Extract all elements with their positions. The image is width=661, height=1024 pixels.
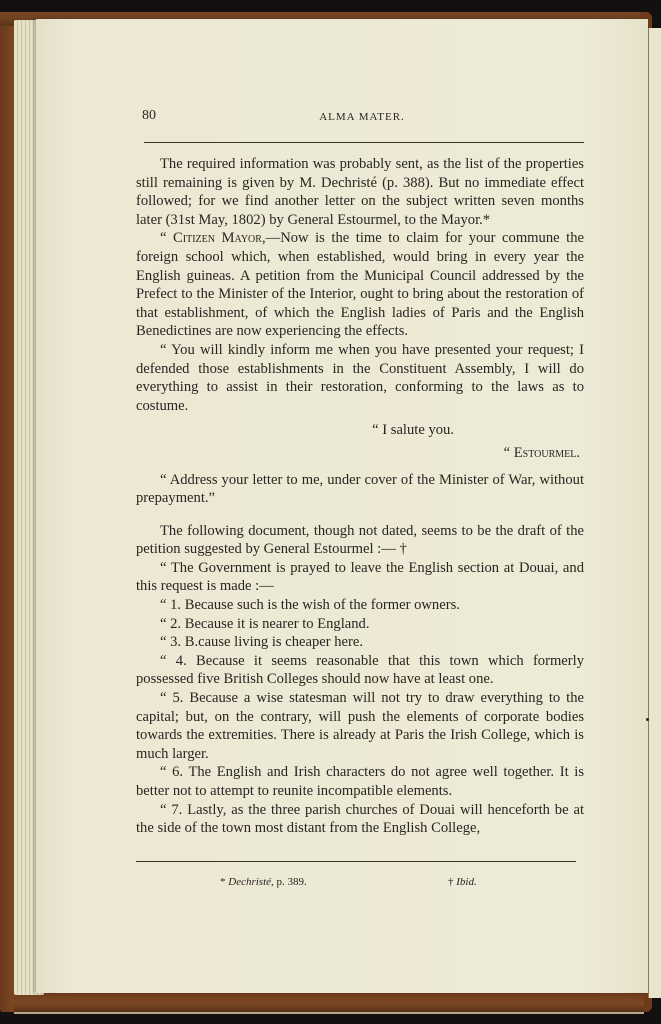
running-head: 80 ALMA MATER. <box>142 108 582 128</box>
petition-item-2: “ 2. Because it is nearer to England. <box>136 615 584 634</box>
salutation: Citizen Mayor, <box>173 230 266 246</box>
footnote-1: * Dechristé, p. 389. <box>220 876 307 888</box>
paragraph-2-letter: “ Citizen Mayor,—Now is the time to clai… <box>136 229 584 341</box>
petition-item-7: “ 7. Lastly, as the three parish churche… <box>136 801 584 838</box>
petition-item-3: “ 3. B.cause living is cheaper here. <box>136 633 584 652</box>
paragraph-3-letter: “ You will kindly inform me when you hav… <box>136 341 584 415</box>
closing-salute: “ I salute you. <box>136 421 584 440</box>
header-rule <box>144 142 584 143</box>
footnote-2: † Ibid. <box>448 876 477 888</box>
postscript: “ Address your letter to me, under cover… <box>136 471 584 508</box>
paragraph-document-intro: The following document, though not dated… <box>136 522 584 559</box>
page-speck <box>646 718 649 721</box>
petition-item-5: “ 5. Because a wise statesman will not t… <box>136 689 584 763</box>
petition-item-1: “ 1. Because such is the wish of the for… <box>136 596 584 615</box>
petition-intro: “ The Government is prayed to leave the … <box>136 559 584 596</box>
paragraph-1: The required information was probably se… <box>136 155 584 229</box>
petition-item-6: “ 6. The English and Irish characters do… <box>136 763 584 800</box>
petition-item-4: “ 4. Because it seems reasonable that th… <box>136 652 584 689</box>
body-text: The required information was probably se… <box>136 155 584 838</box>
signature: “ Estourmel. <box>136 444 584 463</box>
book-cover-bottom-edge <box>14 990 644 1014</box>
footnote-rule <box>136 861 576 862</box>
facing-page-edge <box>648 28 661 998</box>
running-title: ALMA MATER. <box>142 111 582 123</box>
